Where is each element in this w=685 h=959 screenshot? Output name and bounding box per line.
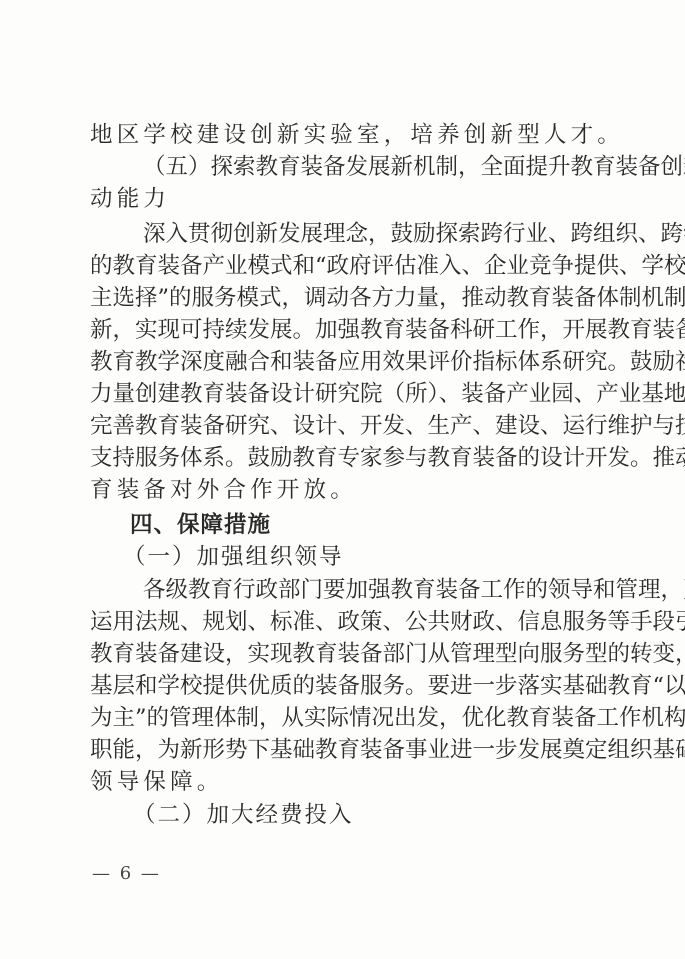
section-subheading-5-cont: 动能力 <box>90 184 600 214</box>
paragraph-line: 深入贯彻创新发展理念，鼓励探索跨行业、跨组织、跨学科 <box>143 219 600 249</box>
paragraph-line: 领导保障。 <box>90 767 600 797</box>
paragraph-line: 育装备对外合作开放。 <box>90 475 600 505</box>
section-subheading-1: （一）加强组织领导 <box>123 542 344 572</box>
paragraph-line: 教育装备建设，实现教育装备部门从管理型向服务型的转变，为 <box>90 639 600 669</box>
section-subheading-5: （五）探索教育装备发展新机制，全面提升教育装备创新驱 <box>143 152 600 182</box>
paragraph-line: 地区学校建设创新实验室，培养创新型人才。 <box>90 120 600 150</box>
paragraph-line: 力量创建教育装备设计研究院（所）、装备产业园、产业基地， <box>90 379 600 409</box>
section-heading-4: 四、保障措施 <box>130 510 271 540</box>
paragraph-line: 职能，为新形势下基础教育装备事业进一步发展奠定组织基础和 <box>90 735 600 765</box>
paragraph-line: 的教育装备产业模式和“政府评估准入、企业竞争提供、学校自 <box>90 251 600 281</box>
paragraph-line: 基层和学校提供优质的装备服务。要进一步落实基础教育“以县 <box>90 671 600 701</box>
document-page: 地区学校建设创新实验室，培养创新型人才。 （五）探索教育装备发展新机制，全面提升… <box>0 0 685 959</box>
paragraph-line: 完善教育装备研究、设计、开发、生产、建设、运行维护与技术 <box>90 411 600 441</box>
paragraph-line: 支持服务体系。鼓励教育专家参与教育装备的设计开发。推动教 <box>90 443 600 473</box>
paragraph-line: 为主”的管理体制，从实际情况出发，优化教育装备工作机构和 <box>90 703 600 733</box>
paragraph-line: 教育教学深度融合和装备应用效果评价指标体系研究。鼓励社会 <box>90 347 600 377</box>
paragraph-line: 主选择”的服务模式，调动各方力量，推动教育装备体制机制创 <box>90 283 600 313</box>
paragraph-line: 各级教育行政部门要加强教育装备工作的领导和管理，更多 <box>143 575 600 605</box>
paragraph-line: 新，实现可持续发展。加强教育装备科研工作，开展教育装备与 <box>90 315 600 345</box>
page-number: — 6 — <box>92 863 161 884</box>
section-subheading-2: （二）加大经费投入 <box>133 800 354 830</box>
paragraph-line: 运用法规、规划、标准、政策、公共财政、信息服务等手段引导 <box>90 607 600 637</box>
